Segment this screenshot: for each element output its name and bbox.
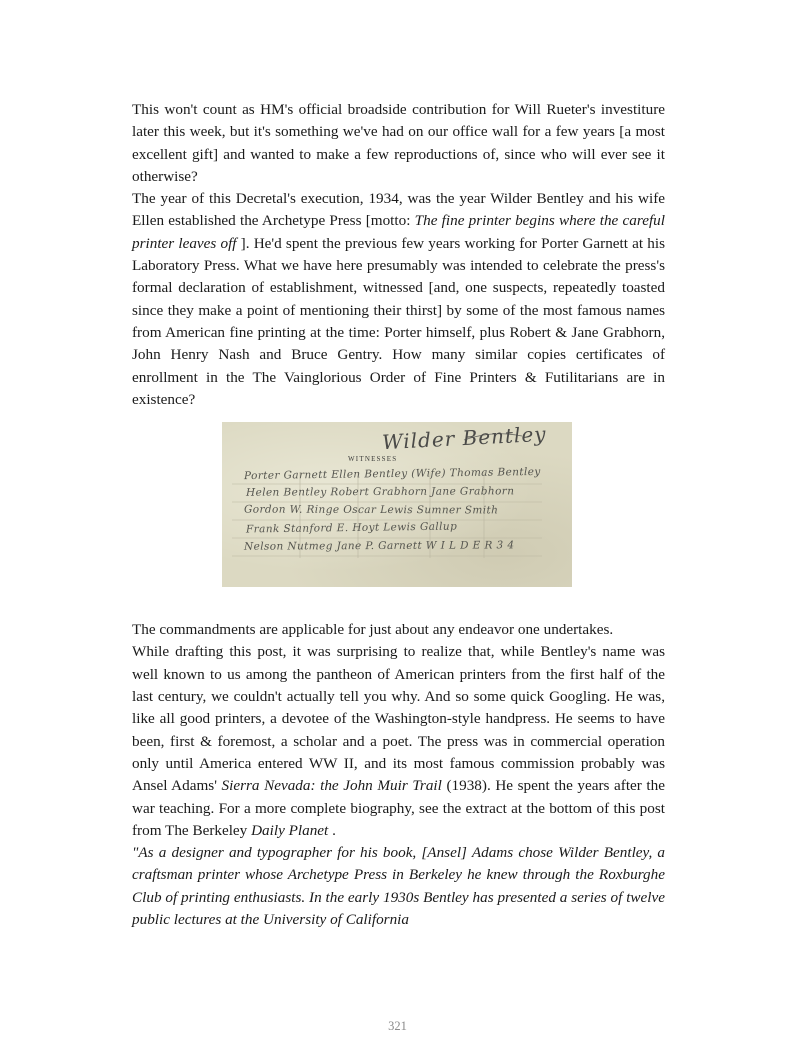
italic-text: Daily Planet (251, 822, 328, 839)
intro-section: This won't count as HM's official broads… (132, 99, 665, 411)
biography-section: The commandments are applicable for just… (132, 619, 665, 931)
italic-text: Sierra Nevada: the John Muir Trail (222, 777, 442, 794)
page-number: 321 (0, 1019, 795, 1034)
text-run: . (328, 822, 336, 839)
witness-signature-line: Nelson Nutmeg Jane P. Garnett W I L D E … (244, 539, 514, 552)
witnesses-label: WITNESSES (348, 455, 397, 463)
bio-paragraph: While drafting this post, it was surpris… (132, 641, 665, 842)
witness-signature-line: Gordon W. Ringe Oscar Lewis Sumner Smith (244, 504, 498, 517)
signature-certificate-image: Wilder Bentley WITNESSES Porter Garnett … (222, 422, 572, 587)
document-page: This won't count as HM's official broads… (132, 99, 665, 931)
bio-paragraph: "As a designer and typographer for his b… (132, 842, 665, 931)
text-run: The commandments are applicable for just… (132, 621, 613, 638)
intro-paragraph: The year of this Decretal's execution, 1… (132, 188, 665, 411)
witness-signature-line: Helen Bentley Robert Grabhorn Jane Grabh… (246, 485, 514, 498)
text-run: While drafting this post, it was surpris… (132, 643, 665, 794)
italic-text: "As a designer and typographer for his b… (132, 844, 665, 928)
text-run: ]. He'd spent the previous few years wor… (132, 235, 665, 408)
text-run: This won't count as HM's official broads… (132, 101, 665, 185)
bio-paragraph: The commandments are applicable for just… (132, 619, 665, 641)
intro-paragraph: This won't count as HM's official broads… (132, 99, 665, 188)
figure-container: Wilder Bentley WITNESSES Porter Garnett … (132, 411, 665, 619)
